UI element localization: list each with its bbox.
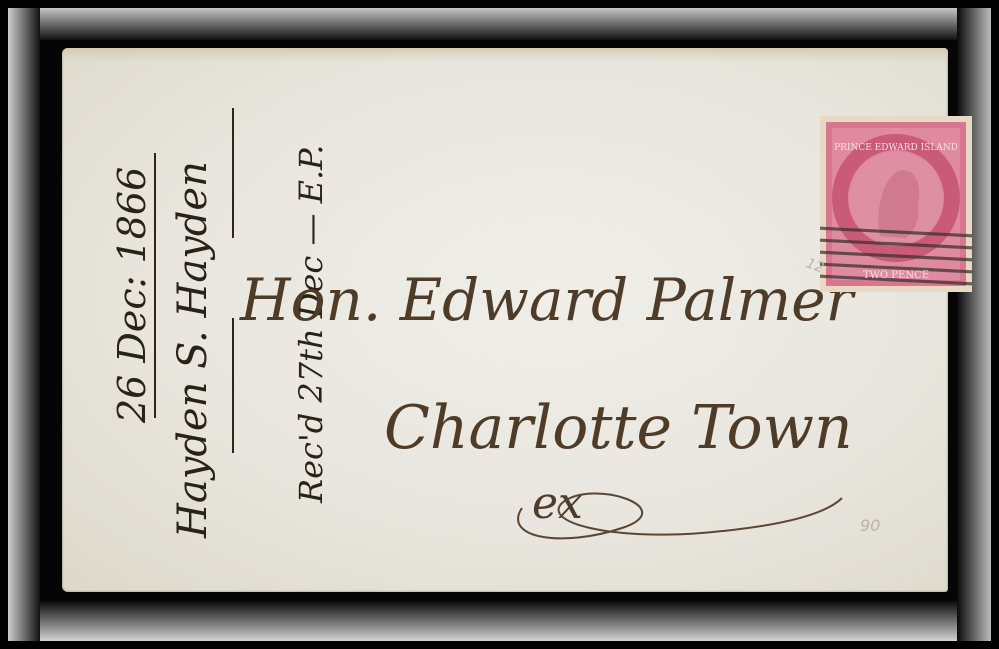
docket-name: Hayden S. Hayden [170,161,216,538]
docket-rule-2 [232,108,234,238]
address-flourish [502,468,862,548]
address-line-2: Charlotte Town [384,393,853,463]
frame-bevel-bottom [8,601,991,641]
docket-rule-1 [154,153,156,418]
docket-date: 26 Dec: 1866 [110,167,154,423]
stamp-country-text: PRINCE EDWARD ISLAND [834,143,958,153]
frame-bevel-left [8,8,40,641]
postage-stamp: PRINCE EDWARD ISLAND TWO PENCE [820,116,972,292]
frame-bevel-right [957,8,991,641]
envelope: 26 Dec: 1866 Hayden S. Hayden Rec'd 27th… [62,48,948,592]
frame-bevel-top [8,8,991,40]
stamp-value-text: TWO PENCE [863,270,929,281]
docket-rule-3 [232,318,234,453]
pencil-mark-bottom-right: 90 [860,516,880,535]
address-line-1: Hon. Edward Palmer [240,266,853,334]
